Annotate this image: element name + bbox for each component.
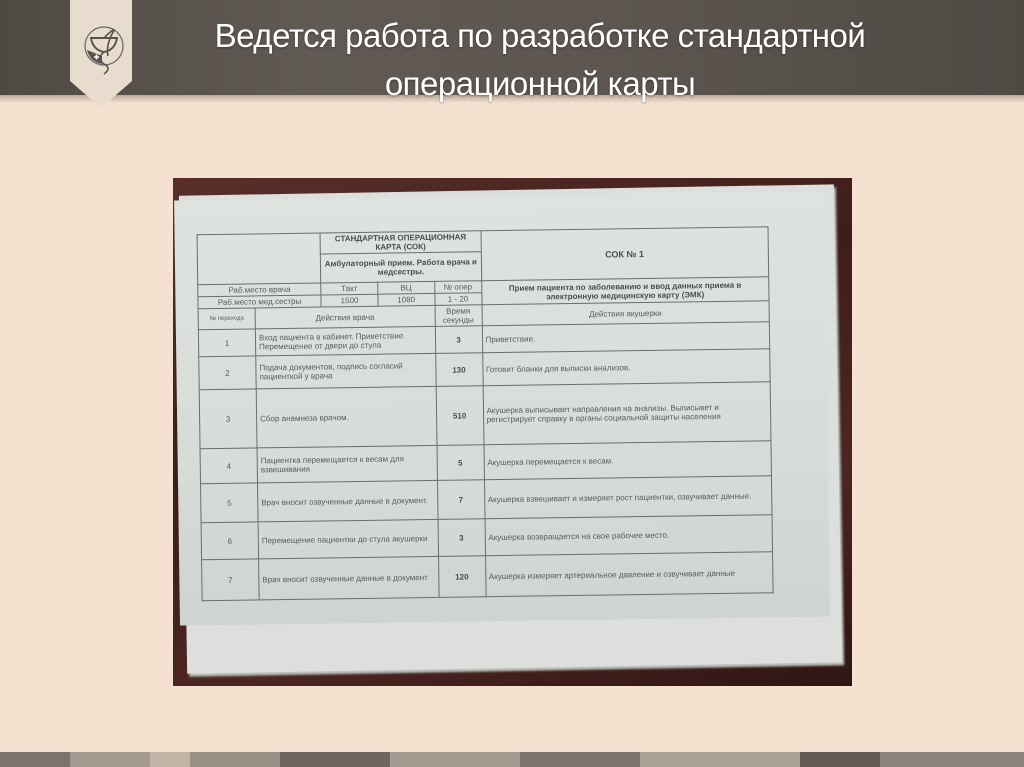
midwife-action: Готовит бланки для выписки анализов.: [482, 349, 770, 386]
doctor-action: Подача документов, подпись согласий паци…: [256, 353, 436, 389]
midwife-action: Акушерка измеряет артериальное давление …: [485, 552, 773, 597]
step-time: 120: [438, 556, 486, 598]
step-time: 7: [437, 480, 485, 520]
title-line-1: Ведется работа по разработке стандартной: [160, 12, 920, 60]
step-number: 1: [198, 329, 255, 357]
step-time: 3: [438, 519, 486, 557]
medical-bowl-snake-icon: [82, 16, 126, 82]
midwife-action: Акушерка взвешивает и измеряет рост паци…: [484, 476, 772, 519]
doctor-action: Вход пациента в кабинет. Приветствие. Пе…: [255, 326, 435, 356]
operational-card-table: СТАНДАРТНАЯ ОПЕРАЦИОННАЯ КАРТА (СОК) СОК…: [197, 226, 774, 601]
step-time: 130: [435, 353, 482, 387]
doctor-action: Врач вносит озвученные данные в документ…: [258, 480, 438, 522]
col-header-time: Время секунды: [435, 305, 482, 327]
takt-value: 1500: [321, 294, 378, 307]
vc-value: 1080: [378, 293, 435, 306]
op-label: № опер: [434, 281, 481, 294]
col-header-doctor: Действия врача: [255, 305, 435, 329]
footer-strip: [0, 752, 1024, 767]
midwife-action: Акушерка перемещается к весам.: [484, 441, 772, 480]
step-number: 4: [200, 448, 257, 484]
col-header-num: № перехода: [198, 308, 255, 330]
slide-title: Ведется работа по разработке стандартной…: [160, 12, 920, 108]
operational-card-sheet: СТАНДАРТНАЯ ОПЕРАЦИОННАЯ КАРТА (СОК) СОК…: [174, 191, 830, 625]
doctor-action: Сбор анамнеза врачом.: [256, 386, 436, 448]
table-row: 3Сбор анамнеза врачом.510Акушерка выписы…: [199, 382, 771, 449]
step-time: 5: [437, 445, 484, 481]
step-number: 5: [201, 483, 259, 523]
midwife-action: Акушерка возвращается на свое рабочее ме…: [485, 515, 773, 556]
op-value: 1 - 20: [434, 293, 481, 306]
step-number: 7: [202, 559, 260, 601]
step-number: 2: [199, 356, 256, 390]
vc-label: ВЦ: [378, 281, 435, 294]
header-blank-cell: [197, 233, 321, 285]
title-line-2: операционной карты: [160, 60, 920, 108]
doctor-action: Врач вносит озвученные данные в документ: [259, 556, 439, 600]
doctor-action: Пациентка перемещается к весам для взвеш…: [257, 445, 437, 483]
takt-label: Такт: [321, 282, 378, 295]
step-time: 3: [435, 326, 482, 354]
midwife-action: Приветствие.: [482, 322, 770, 353]
step-number: 3: [199, 389, 257, 449]
sok-number: СОК № 1: [481, 227, 769, 281]
card-heading: СТАНДАРТНАЯ ОПЕРАЦИОННАЯ КАРТА (СОК): [320, 231, 481, 254]
midwife-action: Акушерка выписывает направления на анали…: [483, 382, 771, 445]
steps-body: 1Вход пациента в кабинет. Приветствие. П…: [198, 322, 773, 601]
table-row: 7Врач вносит озвученные данные в докумен…: [202, 552, 774, 601]
document-photo: СТАНДАРТНАЯ ОПЕРАЦИОННАЯ КАРТА (СОК) СОК…: [173, 178, 852, 686]
step-number: 6: [201, 522, 259, 560]
doctor-action: Перемещение пациентки до стула акушерки: [258, 519, 438, 559]
step-time: 510: [436, 386, 484, 446]
card-subheading: Амбулаторный прием. Работа врача и медсе…: [321, 252, 482, 283]
